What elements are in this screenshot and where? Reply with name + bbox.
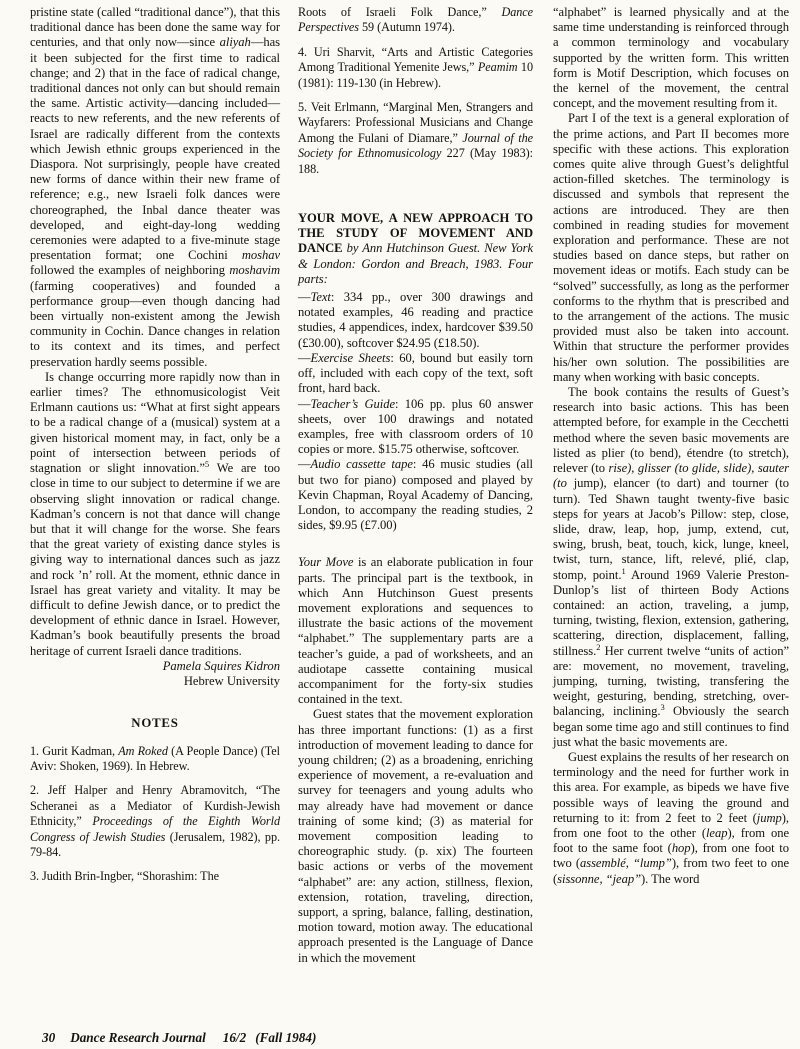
- footnote: 3. Judith Brin-Ingber, “Shorashim: The: [30, 869, 280, 884]
- text-run: assemblé, “lump”: [580, 856, 672, 870]
- body-paragraph: —Teacher’s Guide: 106 pp. plus 60 answer…: [298, 397, 533, 458]
- body-paragraph: Part I of the text is a general explorat…: [553, 111, 789, 385]
- text-run: moshavim: [229, 263, 280, 277]
- text-run: ). The word: [641, 872, 699, 886]
- column-3: “alphabet” is learned physically and at …: [553, 5, 789, 966]
- body-paragraph: —Text: 334 pp., over 300 drawings and no…: [298, 290, 533, 351]
- body-paragraph: —Audio cassette tape: 46 music studies (…: [298, 457, 533, 533]
- text-run: Am Roked: [118, 744, 168, 758]
- text-run: Text: [311, 290, 331, 304]
- body-paragraph: Is change occurring more rapidly now tha…: [30, 370, 280, 659]
- column-2: Roots of Israeli Folk Dance,” Dance Pers…: [298, 5, 533, 966]
- body-paragraph: pristine state (called “traditional danc…: [30, 5, 280, 370]
- text-run: aliyah: [220, 35, 251, 49]
- page-number: 30: [42, 1030, 55, 1046]
- text-run: Peamim: [478, 60, 518, 74]
- footnote: 2. Jeff Halper and Henry Abramovitch, “T…: [30, 783, 280, 860]
- text-run: Exercise Sheets: [311, 351, 391, 365]
- body-paragraph: “alphabet” is learned physically and at …: [553, 5, 789, 111]
- text-run: —has it been subjected for the first tim…: [30, 35, 280, 262]
- text-run: —: [298, 351, 311, 365]
- text-run: leap: [706, 826, 727, 840]
- issue-number: 16/2: [223, 1030, 246, 1046]
- text-run: (farming cooperatives) and founded a per…: [30, 279, 280, 369]
- page-footer: 30 Dance Research Journal 16/2 (Fall 198…: [42, 1030, 316, 1046]
- text-run: —: [298, 290, 311, 304]
- text-columns: pristine state (called “traditional danc…: [30, 5, 789, 966]
- footnote: Roots of Israeli Folk Dance,” Dance Pers…: [298, 5, 533, 36]
- book-review-heading: YOUR MOVE, A NEW APPROACH TO THE STUDY O…: [298, 211, 533, 287]
- text-run: We are too close in time to our subject …: [30, 461, 280, 657]
- text-run: sissonne, “jeap”: [557, 872, 641, 886]
- text-run: NOTES: [131, 716, 178, 730]
- column-1: pristine state (called “traditional danc…: [30, 5, 280, 966]
- text-run: —: [298, 397, 311, 411]
- text-run: followed the examples of neighboring: [30, 263, 229, 277]
- text-run: —: [298, 457, 311, 471]
- byline: Pamela Squires Kidron: [30, 659, 280, 674]
- body-paragraph: The book contains the results of Guest’s…: [553, 385, 789, 750]
- text-run: : 334 pp., over 300 drawings and notated…: [298, 290, 533, 350]
- body-paragraph: Guest explains the results of her resear…: [553, 750, 789, 887]
- text-run: Teacher’s Guide: [311, 397, 395, 411]
- text-run: Audio cassette tape: [311, 457, 413, 471]
- footnote: 5. Veit Erlmann, “Marginal Men, Stranger…: [298, 100, 533, 177]
- text-run: jump: [757, 811, 782, 825]
- journal-title: Dance Research Journal: [70, 1030, 206, 1046]
- text-run: 59 (Autumn 1974).: [359, 20, 455, 34]
- body-paragraph: —Exercise Sheets: 60, bound but easily t…: [298, 351, 533, 397]
- text-run: moshav: [242, 248, 280, 262]
- body-paragraph: Your Move is an elaborate publication in…: [298, 555, 533, 707]
- text-run: Part I of the text is a general explorat…: [553, 111, 789, 383]
- body-paragraph: Guest states that the movement explorati…: [298, 707, 533, 965]
- text-run: 1. Gurit Kadman,: [30, 744, 118, 758]
- text-run: hop: [672, 841, 691, 855]
- text-run: Guest states that the movement explorati…: [298, 707, 533, 964]
- issue-season: (Fall 1984): [255, 1030, 316, 1046]
- footnote: 1. Gurit Kadman, Am Roked (A People Danc…: [30, 744, 280, 775]
- text-run: Guest explains the results of her resear…: [553, 750, 789, 825]
- text-run: Your Move: [298, 555, 353, 569]
- text-run: “alphabet” is learned physically and at …: [553, 5, 789, 110]
- notes-heading: NOTES: [30, 716, 280, 731]
- text-run: Pamela Squires Kidron: [163, 659, 280, 673]
- text-run: Hebrew University: [184, 674, 280, 688]
- text-run: Roots of Israeli Folk Dance,”: [298, 5, 501, 19]
- byline: Hebrew University: [30, 674, 280, 689]
- footnote: 4. Uri Sharvit, “Arts and Artistic Categ…: [298, 45, 533, 91]
- text-run: 3. Judith Brin-Ingber, “Shorashim: The: [30, 869, 219, 883]
- text-run: Is change occurring more rapidly now tha…: [30, 370, 280, 475]
- journal-page: pristine state (called “traditional danc…: [0, 0, 800, 1049]
- text-run: is an elaborate publication in four part…: [298, 555, 533, 706]
- text-run: jump), elancer (to dart) and tourner (to…: [553, 476, 789, 581]
